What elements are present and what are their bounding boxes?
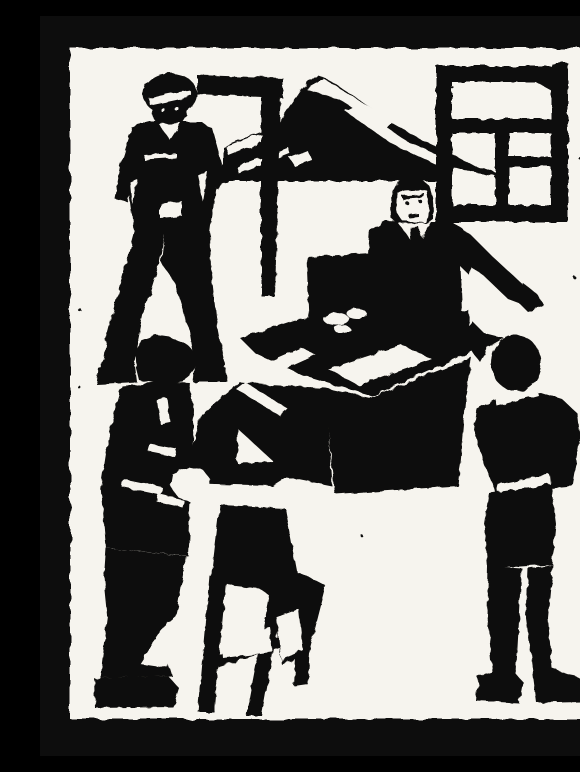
woodcut-illustration: Black-and-white woodcut-style illustrati… xyxy=(40,16,580,756)
hips xyxy=(484,485,556,568)
paper-on-desk xyxy=(347,309,367,319)
illustration-canvas xyxy=(40,16,580,756)
window-frame xyxy=(436,66,452,222)
window xyxy=(436,63,568,222)
window-pane xyxy=(509,130,553,158)
window-pane xyxy=(451,80,554,121)
boot xyxy=(193,366,228,382)
eye xyxy=(404,200,408,204)
eye xyxy=(418,199,422,203)
eye xyxy=(175,107,179,111)
window-frame xyxy=(551,63,568,222)
eye xyxy=(161,108,165,112)
boot xyxy=(94,676,179,708)
boot xyxy=(96,366,137,384)
paper-on-desk xyxy=(323,313,349,325)
window-frame xyxy=(436,66,568,82)
belt-buckle-highlight xyxy=(160,201,182,218)
torso-back xyxy=(474,392,580,493)
window-mullion xyxy=(509,157,553,167)
head-back xyxy=(491,335,541,391)
paper-on-desk xyxy=(334,325,350,333)
chair-slat-gap xyxy=(227,597,266,621)
window-pane xyxy=(509,167,553,207)
window-mullion xyxy=(495,119,509,219)
